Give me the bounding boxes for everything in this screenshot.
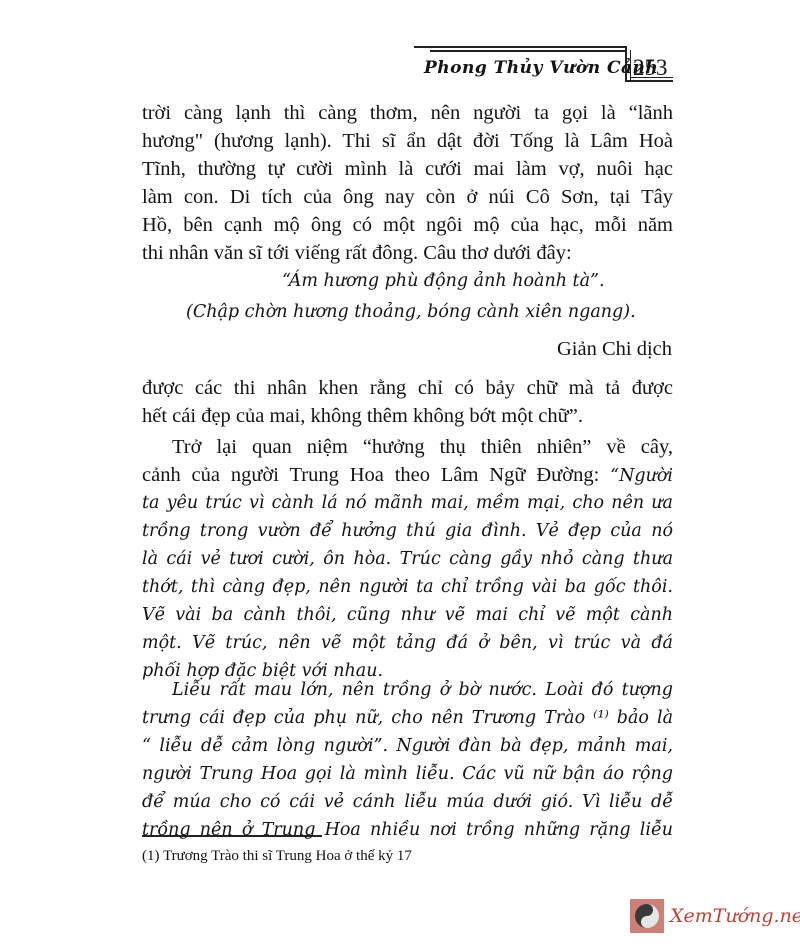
text-line: ta yêu trúc vì cành lá nó mãnh mai, mềm … — [142, 489, 673, 517]
text-line: trồng nên ở Trung Hoa nhiều nơi trồng nh… — [142, 816, 673, 844]
page-number: 253 — [633, 55, 668, 81]
text-line: hương" (hương lạnh). Thi sĩ ẩn dật đời T… — [142, 127, 673, 155]
poem-translation: (Chập chờn hương thoảng, bóng cành xiên … — [186, 302, 636, 322]
text-line: Hồ, bên cạnh mộ ông có một ngôi mộ của h… — [142, 211, 673, 239]
text-line: Liễu rất mau lớn, nên trồng ở bờ nước. L… — [142, 676, 673, 704]
yin-yang-icon — [635, 904, 659, 928]
text-line: Vẽ vài ba cành thôi, cũng như vẽ mai chỉ… — [142, 601, 673, 629]
text-line: trời càng lạnh thì càng thơm, nên người … — [142, 99, 673, 127]
running-title: Phong Thủy Vườn Cảnh — [424, 58, 658, 78]
watermark-text: XemTướng.net — [670, 905, 800, 927]
text-segment: cảnh của người Trung Hoa theo Lâm Ngữ Đư… — [142, 464, 610, 486]
running-header: Phong Thủy Vườn Cảnh 253 — [414, 46, 654, 86]
footnote: (1) Trương Trào thi sĩ Trung Hoa ở thế k… — [142, 848, 412, 865]
text-line: “ liễu dễ cảm lòng người”. Người đàn bà … — [142, 732, 673, 760]
logo-box — [630, 899, 664, 933]
text-line: là cái vẻ tươi cười, ôn hòa. Trúc càng g… — [142, 545, 673, 573]
paragraph-3: Trở lại quan niệm “hưởng thụ thiên nhiên… — [142, 433, 673, 685]
text-line: để múa cho có cái vẻ cánh liễu múa dưới … — [142, 788, 673, 816]
text-line: người Trung Hoa gọi là mình liễu. Các vũ… — [142, 760, 673, 788]
text-line: một. Vẽ trúc, nên vẽ một tảng đá ở bên, … — [142, 629, 673, 657]
poem-original: “Ám hương phù động ảnh hoành tà”. — [282, 271, 605, 291]
text-line: hết cái đẹp của mai, không thêm không bớ… — [142, 402, 673, 430]
paragraph-1: trời càng lạnh thì càng thơm, nên người … — [142, 99, 673, 267]
header-rule — [430, 50, 626, 52]
header-rule — [414, 46, 626, 48]
text-line: thớt, thì càng đẹp, nên người ta chỉ trồ… — [142, 573, 673, 601]
text-line: làm con. Di tích của ông nay còn ở núi C… — [142, 183, 673, 211]
text-line: Trở lại quan niệm “hưởng thụ thiên nhiên… — [142, 433, 673, 461]
paragraph-4: Liễu rất mau lớn, nên trồng ở bờ nước. L… — [142, 676, 673, 844]
text-line: Tĩnh, thường tự cười mình là cưới mai là… — [142, 155, 673, 183]
translator-credit: Giản Chi dịch — [557, 338, 672, 361]
footnote-divider — [142, 835, 322, 837]
text-line: được các thi nhân khen rằng chỉ có bảy c… — [142, 374, 673, 402]
text-line: trồng trong vườn để hưởng thú gia đình. … — [142, 517, 673, 545]
quote-start: “Người — [610, 466, 673, 486]
watermark-logo: XemTướng.net — [630, 897, 800, 935]
paragraph-2: được các thi nhân khen rằng chỉ có bảy c… — [142, 374, 673, 430]
text-line: trưng cái đẹp của phụ nữ, cho nên Trương… — [142, 704, 673, 732]
text-line: thi nhân văn sĩ tới viếng rất đông. Câu … — [142, 239, 673, 267]
text-line: cảnh của người Trung Hoa theo Lâm Ngữ Đư… — [142, 461, 673, 489]
